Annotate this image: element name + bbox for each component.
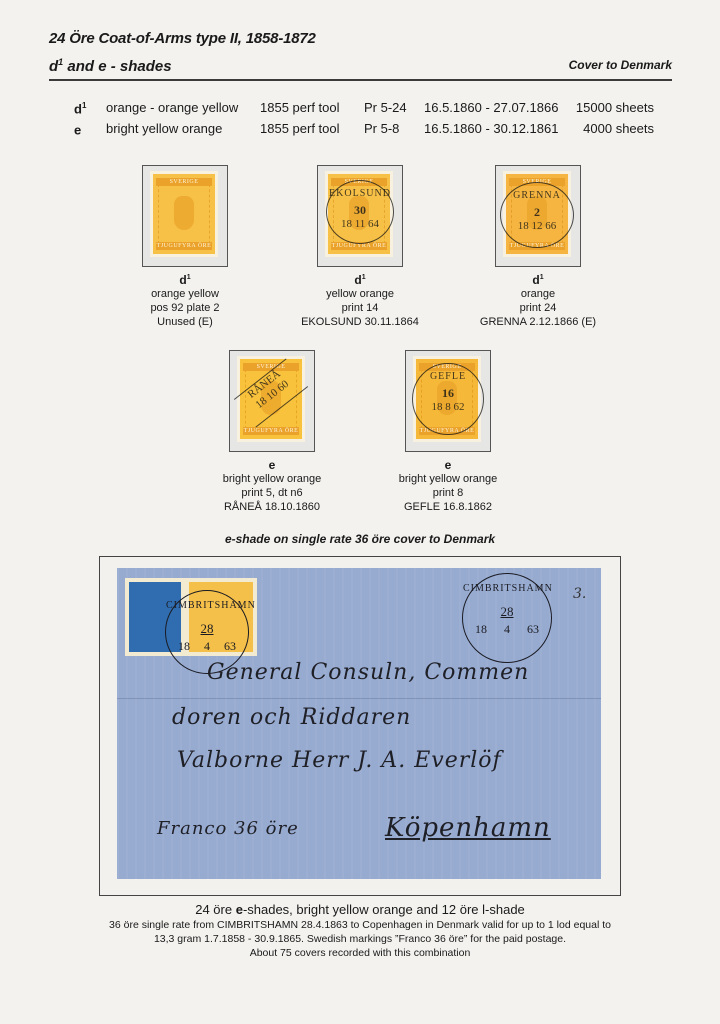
stamp-shade-code: d1 [468, 271, 608, 287]
caption-line: 13,3 gram 1.7.1858 - 30.9.1865. Swedish … [0, 932, 720, 946]
stamp-item: SVERIGE TJUGUFYRA ÖRE GEFLE 16 18 8 62 e… [378, 350, 518, 514]
shade-perforation: 1855 perf tool [260, 118, 364, 139]
postmark-cancel: GRENNA 2 18 12 66 [500, 182, 574, 248]
cover-section-heading: e-shade on single rate 36 öre cover to D… [0, 532, 720, 546]
subtitle-rest: and e - shades [63, 58, 171, 75]
stamp-shade-code: e [202, 456, 342, 472]
shade-perforation: 1855 perf tool [260, 97, 364, 118]
stamp-mount: SVERIGE TJUGUFYRA ÖRE GRENNA 2 18 12 66 [495, 165, 581, 267]
shade-description: orange - orange yellow [106, 97, 260, 118]
stamp-postmark: GRENNA 2.12.1866 (E) [468, 315, 608, 329]
shade-table: d1 orange - orange yellow 1855 perf tool… [74, 97, 654, 140]
stamp-mount: SVERIGE TJUGUFYRA ÖRE [142, 165, 228, 267]
shade-quantity: 15000 sheets [572, 97, 654, 118]
docket-mark: 3. [573, 586, 586, 602]
shade-description: bright yellow orange [106, 118, 260, 139]
stamp-shade: bright yellow orange [378, 472, 518, 486]
address-line: doren och Riddaren [172, 705, 411, 730]
cover-caption: 24 öre e-shades, bright yellow orange an… [0, 902, 720, 960]
stamp-shade-code: d1 [290, 271, 430, 287]
coat-of-arms-icon [174, 196, 194, 230]
page-section-label: Cover to Denmark [569, 58, 672, 72]
postmark-cancel: GEFLE 16 18 8 62 [412, 363, 484, 435]
shade-code: d1 [74, 97, 106, 118]
stamp-shade: orange [468, 287, 608, 301]
caption-line: 36 öre single rate from CIMBRITSHAMN 28.… [0, 918, 720, 932]
stamp-postmark: EKOLSUND 30.11.1864 [290, 315, 430, 329]
shade-dates: 16.5.1860 - 30.12.1861 [424, 118, 572, 139]
stamp-shade-code: e [378, 456, 518, 472]
shade-prints: Pr 5-8 [364, 118, 424, 139]
shade-code: e [74, 118, 106, 139]
caption-title: 24 öre e-shades, bright yellow orange an… [0, 902, 720, 918]
postmark-cancel: EKOLSUND 30 18 11 64 [326, 180, 394, 244]
page-title: 24 Öre Coat-of-Arms type II, 1858-1872 [49, 30, 316, 47]
address-line: General Consuln, Commen [207, 660, 529, 685]
stamp-detail: print 24 [468, 301, 608, 315]
shade-prints: Pr 5-24 [364, 97, 424, 118]
stamp-mount: SVERIGE TJUGUFYRA ÖRE GEFLE 16 18 8 62 [405, 350, 491, 452]
stamp-item: SVERIGE TJUGUFYRA ÖRE RÅNEÅ 18 10 60 e b… [202, 350, 342, 514]
stamp-image: SVERIGE TJUGUFYRA ÖRE [153, 174, 215, 254]
stamp-mount: SVERIGE TJUGUFYRA ÖRE EKOLSUND 30 18 11 … [317, 165, 403, 267]
stamp-shade: orange yellow [125, 287, 245, 301]
stamp-postmark: Unused (E) [125, 315, 245, 329]
shade-row: d1 orange - orange yellow 1855 perf tool… [74, 97, 654, 118]
stamp-shade-code: d1 [125, 271, 245, 287]
page-subtitle: d1 and e - shades [49, 57, 172, 75]
stamp-shade: bright yellow orange [202, 472, 342, 486]
stamp-mount: SVERIGE TJUGUFYRA ÖRE RÅNEÅ 18 10 60 [229, 350, 315, 452]
stamp-detail: print 14 [290, 301, 430, 315]
cover-mount: CIMBRITSHAMN 28 18463 CIMBRITSHAMN 28 18… [99, 556, 621, 896]
subtitle-code: d [49, 58, 58, 75]
stamp-detail: print 5, dt n6 [202, 486, 342, 500]
stamp-item: SVERIGE TJUGUFYRA ÖRE GRENNA 2 18 12 66 … [468, 165, 608, 329]
stamp-item: SVERIGE TJUGUFYRA ÖRE d1 orange yellow p… [125, 165, 245, 329]
shade-row: e bright yellow orange 1855 perf tool Pr… [74, 118, 654, 139]
stamp-shade: yellow orange [290, 287, 430, 301]
shade-quantity: 4000 sheets [572, 118, 654, 139]
shade-dates: 16.5.1860 - 27.07.1866 [424, 97, 572, 118]
header-divider [49, 79, 672, 81]
address-city: Köpenhamn [385, 813, 551, 843]
cover-fold-line [117, 698, 601, 699]
address-line: Valborne Herr J. A. Everlöf [177, 748, 502, 773]
stamp-item: SVERIGE TJUGUFYRA ÖRE EKOLSUND 30 18 11 … [290, 165, 430, 329]
cover-envelope: CIMBRITSHAMN 28 18463 CIMBRITSHAMN 28 18… [117, 568, 601, 879]
stamp-postmark: GEFLE 16.8.1862 [378, 500, 518, 514]
stamp-detail: pos 92 plate 2 [125, 301, 245, 315]
stamp-detail: print 8 [378, 486, 518, 500]
postmark-cancel: CIMBRITSHAMN 28 18463 [462, 573, 552, 663]
franco-note: Franco 36 öre [157, 818, 299, 839]
stamp-postmark: RÅNEÅ 18.10.1860 [202, 500, 342, 514]
caption-line: About 75 covers recorded with this combi… [0, 946, 720, 960]
